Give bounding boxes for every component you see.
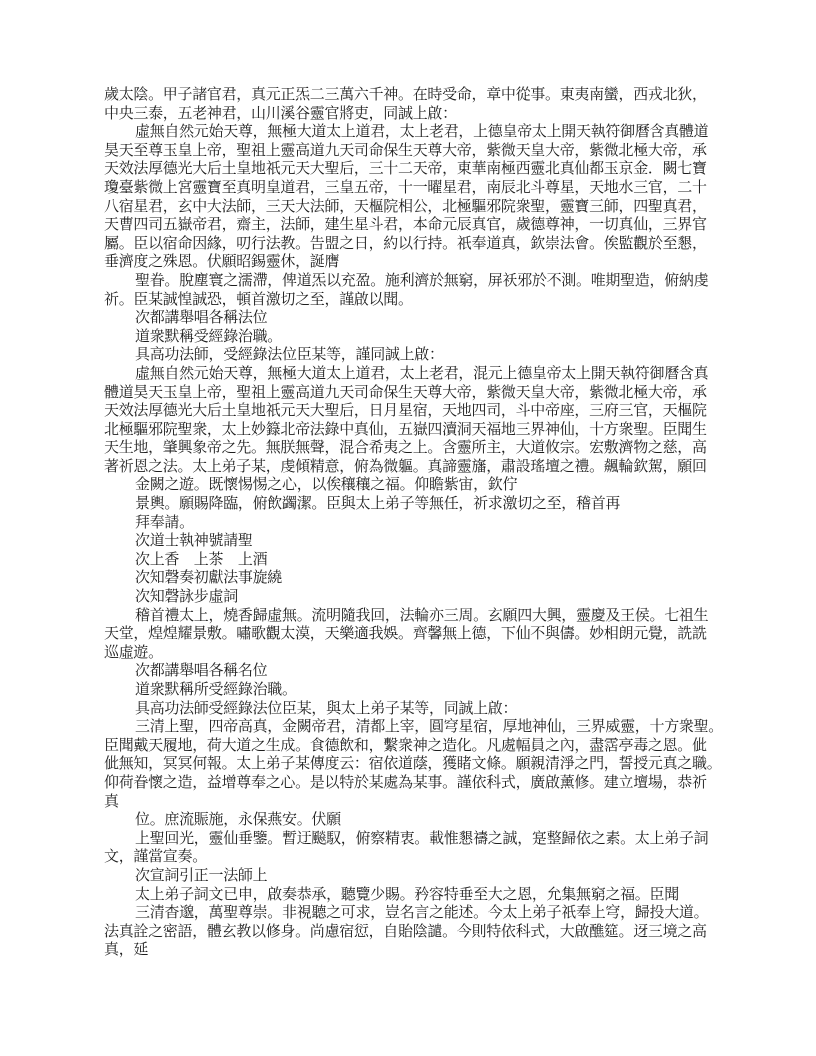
text-line: 體道昊天玉皇上帝，聖祖上靈高道九天司命保生天尊大帝，紫微天皇大帝，紫微北極大帝，… [104,384,724,403]
text-line: 次宣詞引正一法師上 [104,867,724,886]
text-line: 天效法厚德光大后土皇地祇元天大聖后，三十二天帝，東華南極西靈北真仙都玉京金．闕七… [104,160,724,179]
text-line: 真，延 [104,941,724,960]
text-line: 文，謹當宣奏。 [104,848,724,867]
text-block: 歲太陰。甲子諸官君，真元正炁二三萬六千神。在時受命，章中從事。東夷南蠻，西戎北狄… [104,86,724,960]
text-line: 歲太陰。甲子諸官君，真元正炁二三萬六千神。在時受命，章中從事。東夷南蠻，西戎北狄… [104,86,724,105]
text-line: 次都講舉唱各稱名位 [104,662,724,681]
text-line: 屬。臣以宿命因緣，叨行法教。告盟之日，約以行持。祇奉道真，欽崇法會。俟監觀於至懇… [104,235,724,254]
text-line: 巡虛遊。 [104,644,724,663]
text-line: 聖眷。脫塵寰之濡滯，俾道炁以充盈。施利濟於無窮，屏祅邪於不測。唯期聖造，俯納虔 [104,272,724,291]
text-line: 虛無自然元始天尊，無極大道太上道君，太上老君，上德皇帝太上開天執符御曆含真體道 [104,123,724,142]
text-line: 天生地，肇興象帝之先。無朕無聲，混合希夷之上。含靈所主，大道攸宗。宏敷濟物之慈，… [104,439,724,458]
text-line: 天效法厚德光大后土皇地祇元天大聖后，日月星宿，天地四司，斗中帝座，三府三官，天樞… [104,402,724,421]
text-line: 八宿星君，玄中大法師，三天大法師，天樞院相公，北極驅邪院衆聖，靈寶三師，四聖真君… [104,198,724,217]
text-line: 次道士執神號請聖 [104,532,724,551]
text-line: 著祈恩之法。太上弟子某，虔傾精意，俯為微軀。真諦靈旛，肅設瑤壇之禮。飆輪欽駕，願… [104,458,724,477]
text-line: 道衆默稱所受經錄治職。 [104,681,724,700]
text-line: 中央三泰，五老神君，山川溪谷靈官將吏，同誠上啟： [104,105,724,124]
text-line: 天曹四司五嶽帝君，齋主，法師，建生星斗君，本命元辰真官，歲德尊神，一切真仙，三界… [104,216,724,235]
text-line: 太上弟子詞文已申，啟奏恭承，聽覽少賜。矜容特垂至大之恩，允集無窮之福。臣聞 [104,886,724,905]
text-line: 仰荷眷懷之造，益增尊奉之心。是以特於某處為某事。謹依科式，廣啟薰修。建立壇場，恭… [104,774,724,793]
text-line: 道衆默稱受經錄治職。 [104,328,724,347]
text-line: 具高功法師受經錄法位臣某，與太上弟子某等，同誠上啟： [104,700,724,719]
text-line: 三清上聖，四帝高真，金闕帝君，清都上宰，圓穹星宿，厚地神仙，三界威靈，十方衆聖。 [104,718,724,737]
text-line: 瓊臺紫微上宮靈寶至真明皇道君，三皇五帝，十一曜星君，南辰北斗尊星，天地水三官，二… [104,179,724,198]
text-line: 具高功法師，受經錄法位臣某等，謹同誠上啟： [104,346,724,365]
text-line: 虛無自然元始天尊，無極大道太上道君，太上老君，混元上德皇帝太上開天執符御曆含真 [104,365,724,384]
text-line: 祈。臣某誠惶誠恐，頓首激切之至，謹啟以聞。 [104,291,724,310]
text-line: 位。庶流賑施，永保燕安。伏願 [104,811,724,830]
text-line: 天堂，煌煌耀景敷。嘯歌觀太漠，天樂適我娛。齊馨無上德，下仙不與儔。妙相朗元覺，詵… [104,625,724,644]
text-line: 北極驅邪院聖衆，太上妙籙北帝法錄中真仙，五嶽四瀆洞天福地三界神仙，十方衆聖。臣聞… [104,421,724,440]
text-line: 次上香 上茶 上酒 [104,551,724,570]
text-line: 景輿。願賜降臨，俯飲蠲潔。臣與太上弟子等無任，祈求激切之至，稽首再 [104,495,724,514]
text-line: 次知磬奏初獻法事旋繞 [104,569,724,588]
text-line: 臣聞戴天履地，荷大道之生成。食德飲和，繫衆神之造化。凡處幅員之內，盡霑亭毒之恩。… [104,737,724,756]
text-line: 三清杳邈，萬聖尊崇。非視聽之可求，豈名言之能述。今太上弟子祇奉上穹，歸投大道。 [104,904,724,923]
text-line: 法真詮之密語，體玄教以修身。尚慮宿愆，自貽陰譴。今則特依科式，大啟醮筵。迓三境之… [104,923,724,942]
text-line: 次知磬詠步虛詞 [104,588,724,607]
text-line: 稽首禮太上，燒香歸虛無。流明隨我回，法輪亦三周。玄願四大興，靈慶及王侯。七祖生 [104,607,724,626]
text-line: 真 [104,793,724,812]
text-line: 佌無知，冥冥何報。太上弟子某傳度云：宿依道蔭，獲睹文條。願親清淨之門，誓授元真之… [104,755,724,774]
text-line: 次都講舉唱各稱法位 [104,309,724,328]
text-line: 拜奉請。 [104,514,724,533]
text-line: 金闕之遊。既懷惕惕之心，以俟穰穰之福。仰瞻紫宙，欽佇 [104,476,724,495]
document-page: 歲太陰。甲子諸官君，真元正炁二三萬六千神。在時受命，章中從事。東夷南蠻，西戎北狄… [0,0,816,1056]
text-line: 昊天至尊玉皇上帝，聖祖上靈高道九天司命保生天尊大帝，紫微天皇大帝，紫微北極大帝，… [104,142,724,161]
text-line: 上聖回光，靈仙垂鑒。暫迂飈馭，俯察精衷。載惟懇禱之誠，寔整歸依之素。太上弟子詞 [104,830,724,849]
text-line: 垂濟度之殊恩。伏願昭錫靈休，誕膺 [104,253,724,272]
